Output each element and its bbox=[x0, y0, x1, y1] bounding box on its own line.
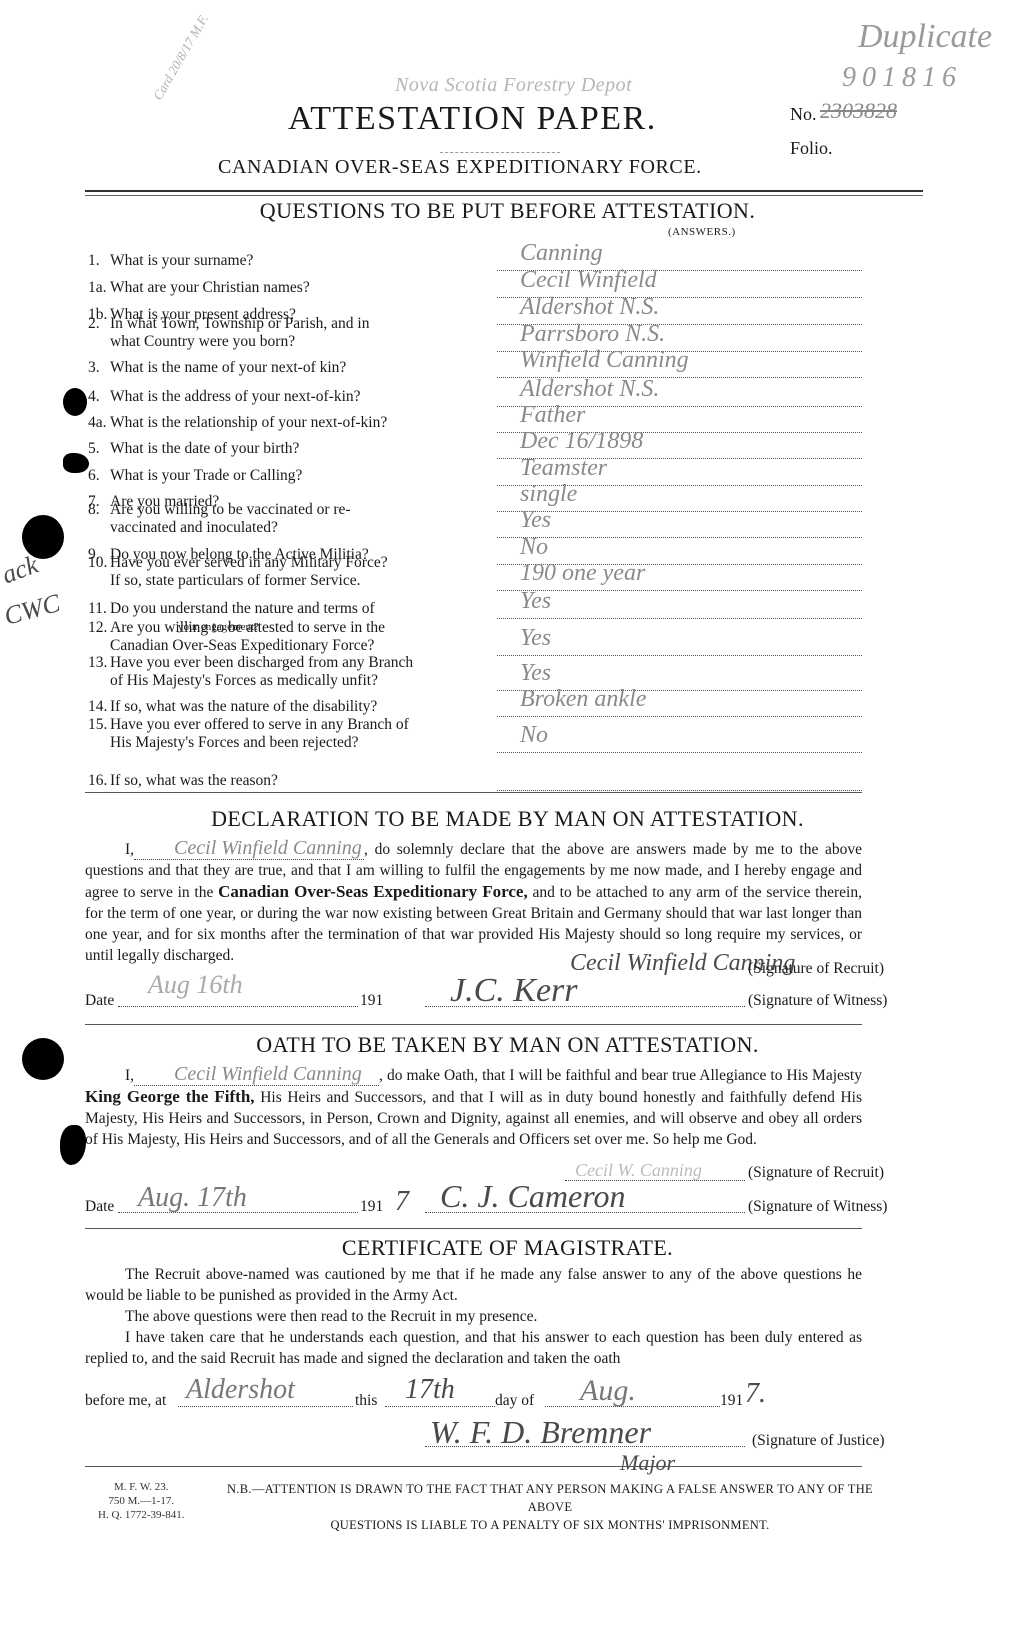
answer-14: Yes bbox=[520, 588, 551, 615]
declaration-name: Cecil Winfield Canning bbox=[134, 838, 364, 860]
magistrate-month: Aug. bbox=[580, 1374, 636, 1408]
question-16: 13.Have you ever been discharged from an… bbox=[88, 654, 488, 690]
magistrate-para3: I have taken care that he understands ea… bbox=[85, 1327, 862, 1369]
question-7: 4a.What is the relationship of your next… bbox=[88, 414, 488, 432]
duplicate-annotation: Duplicate bbox=[858, 18, 992, 56]
declaration-date-line bbox=[118, 1006, 358, 1007]
answer-8: Dec 16/1898 bbox=[520, 428, 643, 455]
oath-year: 191 bbox=[360, 1198, 383, 1216]
ink-blot bbox=[63, 453, 89, 473]
header-rule-thin bbox=[85, 195, 923, 196]
question-1: 1.What is your surname? bbox=[88, 252, 488, 270]
question-2: 1a.What are your Christian names? bbox=[88, 279, 488, 297]
oath-witness-signature: C. J. Cameron bbox=[440, 1178, 625, 1215]
declaration-year: 191 bbox=[360, 992, 383, 1010]
justice-title: Major bbox=[620, 1450, 675, 1476]
magistrate-place: Aldershot bbox=[186, 1374, 295, 1406]
oath-year-suffix: 7 bbox=[395, 1186, 409, 1218]
oath-date-label: Date bbox=[85, 1198, 114, 1216]
place-line bbox=[178, 1406, 353, 1407]
declaration-date-label: Date bbox=[85, 992, 114, 1010]
witness-sig-label: (Signature of Witness) bbox=[748, 992, 887, 1010]
answer-line bbox=[497, 590, 862, 591]
question-8: 5.What is the date of your birth? bbox=[88, 440, 488, 458]
oath-rule bbox=[85, 1228, 862, 1229]
oath-heading: OATH TO BE TAKEN BY MAN ON ATTESTATION. bbox=[0, 1032, 1015, 1058]
answer-18: No bbox=[520, 722, 548, 749]
regimental-number: 901816 bbox=[842, 62, 962, 94]
questions-heading: QUESTIONS TO BE PUT BEFORE ATTESTATION. bbox=[0, 198, 1015, 224]
oath-date: Aug. 17th bbox=[138, 1182, 247, 1214]
answer-11: Yes bbox=[520, 507, 551, 534]
form-codes: M. F. W. 23. 750 M.—1-17. H. Q. 1772-39-… bbox=[98, 1480, 184, 1522]
document-subtitle: CANADIAN OVER-SEAS EXPEDITIONARY FORCE. bbox=[218, 156, 702, 179]
answer-10: single bbox=[520, 481, 577, 508]
magistrate-year: 191 bbox=[720, 1392, 743, 1410]
answer-5: Winfield Canning bbox=[520, 347, 689, 374]
header-rule bbox=[85, 190, 923, 192]
magistrate-para2: The above questions were then read to th… bbox=[85, 1306, 862, 1327]
answer-12: No bbox=[520, 534, 548, 561]
question-6: 4.What is the address of your next-of-ki… bbox=[88, 388, 488, 406]
answer-line bbox=[497, 716, 862, 717]
answer-line bbox=[497, 511, 862, 512]
margin-note-cwc: CWC bbox=[1, 588, 63, 632]
ink-blot bbox=[63, 388, 87, 416]
answer-7: Father bbox=[520, 402, 585, 429]
declaration-rule bbox=[85, 1024, 862, 1025]
ink-blot bbox=[60, 1125, 86, 1165]
document-title: ATTESTATION PAPER. bbox=[288, 100, 657, 138]
title-ornament bbox=[440, 152, 560, 153]
depot-stamp: Nova Scotia Forestry Depot bbox=[395, 74, 632, 97]
nb-warning: N.B.—ATTENTION IS DRAWN TO THE FACT THAT… bbox=[205, 1480, 895, 1534]
answer-line bbox=[497, 790, 862, 791]
question-18: 15.Have you ever offered to serve in any… bbox=[88, 716, 488, 752]
answer-6: Aldershot N.S. bbox=[520, 376, 659, 403]
oath-text: I,Cecil Winfield Canning, do make Oath, … bbox=[85, 1064, 862, 1150]
justice-line bbox=[425, 1446, 745, 1447]
declaration-witness-signature: J.C. Kerr bbox=[450, 972, 578, 1010]
answer-16: Yes bbox=[520, 660, 551, 687]
question-5: 3.What is the name of your next-of kin? bbox=[88, 359, 488, 377]
answer-15: Yes bbox=[520, 625, 551, 652]
folio-label: Folio. bbox=[790, 138, 833, 159]
oath-name: Cecil Winfield Canning bbox=[134, 1064, 379, 1086]
oath-recruit-sig-label: (Signature of Recruit) bbox=[748, 1164, 884, 1182]
answer-2: Cecil Winfield bbox=[520, 267, 657, 294]
answer-13: 190 one year bbox=[520, 560, 645, 587]
day-of-label: day of bbox=[495, 1392, 534, 1410]
magistrate-day: 17th bbox=[405, 1374, 455, 1406]
questions-rule bbox=[85, 792, 862, 793]
question-11: 8.Are you willing to be vaccinated or re… bbox=[88, 501, 488, 537]
magistrate-para1: The Recruit above-named was cautioned by… bbox=[85, 1264, 862, 1306]
answers-label: (ANSWERS.) bbox=[668, 226, 736, 238]
question-19: 16.If so, what was the reason? bbox=[88, 772, 488, 790]
answer-3: Aldershot N.S. bbox=[520, 294, 659, 321]
before-me-label: before me, at bbox=[85, 1392, 166, 1410]
day-line bbox=[385, 1406, 495, 1407]
question-17: 14.If so, what was the nature of the dis… bbox=[88, 698, 488, 716]
answer-4: Parrsboro N.S. bbox=[520, 321, 665, 348]
this-label: this bbox=[355, 1392, 377, 1410]
magistrate-year-suffix: 7. bbox=[745, 1378, 766, 1410]
answer-line bbox=[497, 618, 862, 619]
question-4: 2.In what Town, Township or Parish, and … bbox=[88, 315, 488, 351]
answer-1: Canning bbox=[520, 240, 603, 267]
declaration-heading: DECLARATION TO BE MADE BY MAN ON ATTESTA… bbox=[0, 806, 1015, 832]
footer-rule bbox=[85, 1466, 862, 1467]
question-9: 6.What is your Trade or Calling? bbox=[88, 467, 488, 485]
answer-17: Broken ankle bbox=[520, 686, 646, 713]
struck-number: 2303828 bbox=[820, 98, 897, 124]
oath-witness-sig-label: (Signature of Witness) bbox=[748, 1198, 887, 1216]
recruit-sig-label: (Signature of Recruit) bbox=[748, 960, 884, 978]
answer-line bbox=[497, 537, 862, 538]
number-label: No. bbox=[790, 104, 817, 125]
answer-line bbox=[497, 752, 862, 753]
corner-annotation: Card 20/8/17 M.F. bbox=[150, 12, 212, 103]
answer-line bbox=[497, 655, 862, 656]
magistrate-heading: CERTIFICATE OF MAGISTRATE. bbox=[0, 1235, 1015, 1261]
declaration-date: Aug 16th bbox=[148, 970, 243, 1000]
answer-9: Teamster bbox=[520, 455, 607, 482]
justice-sig-label: (Signature of Justice) bbox=[752, 1432, 885, 1450]
question-13: 10.Have you ever served in any Military … bbox=[88, 554, 488, 590]
question-15: 12.Are you willing to be attested to ser… bbox=[88, 619, 488, 655]
declaration-text: I,Cecil Winfield Canning, do solemnly de… bbox=[85, 838, 862, 966]
